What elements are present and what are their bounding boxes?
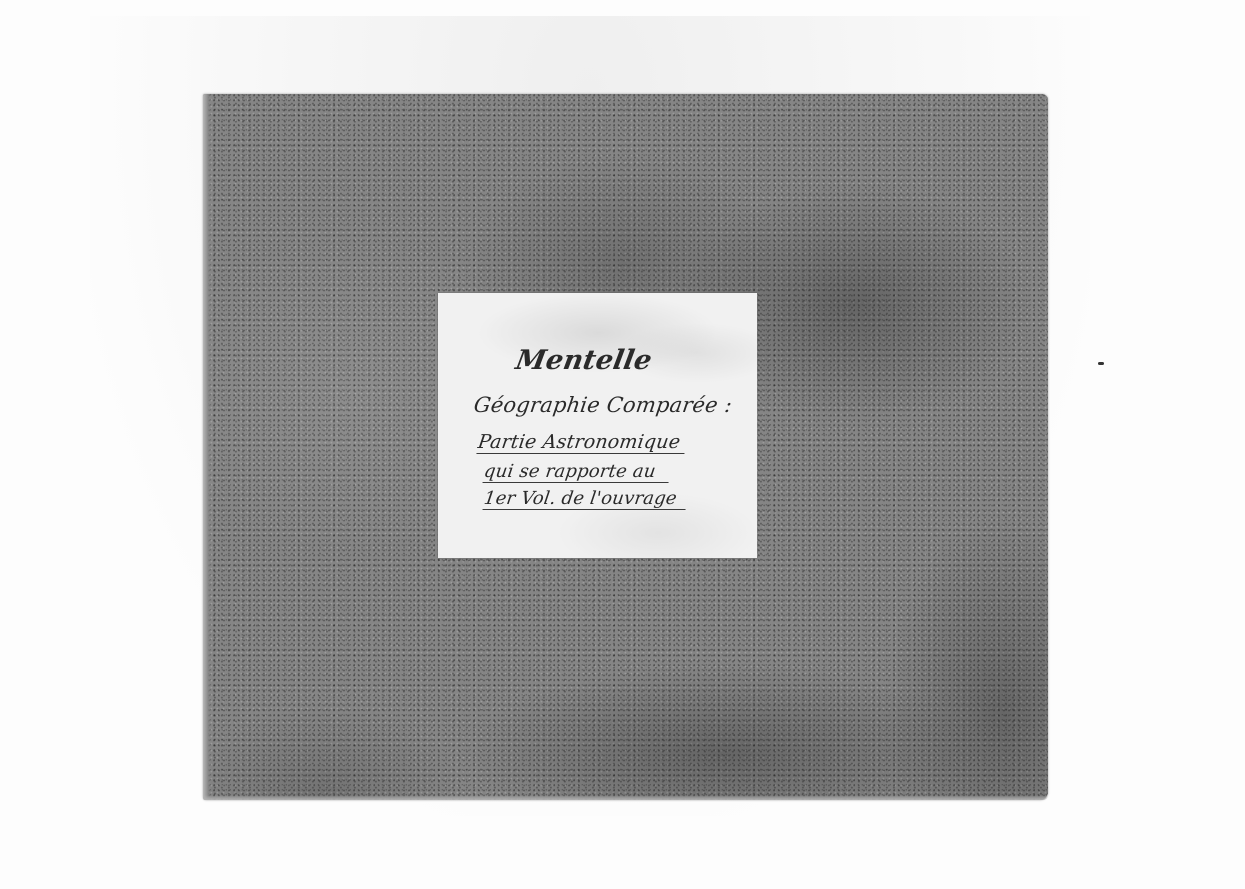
- label-volume: 1er Vol. de l'ouvrage: [482, 488, 688, 510]
- cover-left-edge: [203, 94, 211, 800]
- handwritten-label: Mentelle Géographie Comparée : Partie As…: [438, 293, 757, 558]
- photo-scene: Mentelle Géographie Comparée : Partie As…: [0, 0, 1245, 889]
- label-part: Partie Astronomique: [476, 431, 687, 454]
- label-author: Mentelle: [513, 345, 654, 376]
- cover-bottom-edge: [203, 795, 1048, 800]
- dust-speck: [1098, 362, 1104, 365]
- label-refers: qui se rapporte au: [482, 461, 671, 483]
- label-title: Géographie Comparée :: [472, 393, 733, 417]
